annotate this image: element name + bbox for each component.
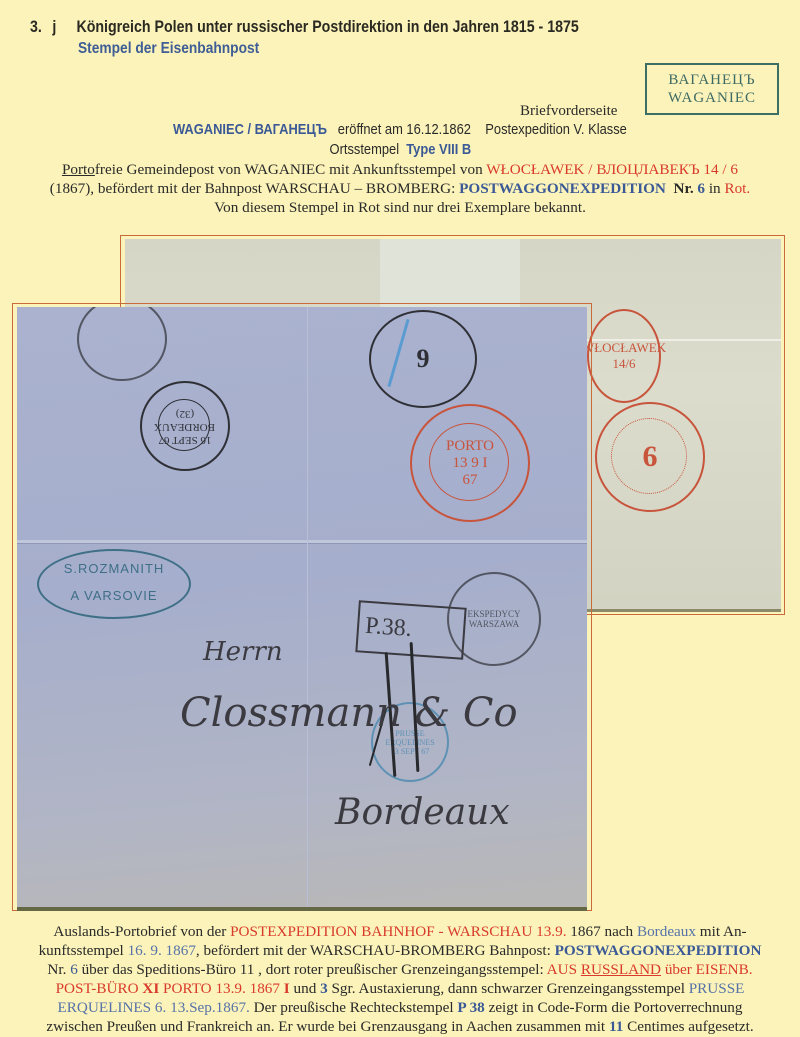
stamp-line-cyrillic: ВАГАНЕЦЪ (647, 71, 777, 89)
desc-text: Auslands-Portobrief von der (53, 923, 230, 940)
post-class: Postexpedition V. Klasse (485, 121, 627, 138)
desc-text: mit An- (696, 923, 747, 940)
sender-oval-stamp: S.ROZMANITH A VARSOVIE (37, 549, 191, 619)
desc-text: Nr. (47, 961, 70, 978)
desc-blue: Bordeaux (637, 923, 696, 940)
desc-blue-bold: 11 (609, 1018, 623, 1035)
blue-crayon-line (387, 319, 409, 387)
rot-word: Rot. (724, 180, 750, 197)
desc-text: über das Speditions-Büro 11 , dort roter… (78, 961, 547, 978)
nr-label: Nr. (674, 180, 694, 197)
desc-red: PORTO 13.9. 1867 (159, 980, 284, 997)
postmark-inner-ring (611, 418, 687, 494)
desc-blue: 6 (70, 961, 78, 978)
intro-line-2: Ortsstempel Type VIII B (0, 141, 800, 159)
intro-text: in (705, 180, 724, 197)
slash: / (244, 121, 255, 138)
waganiec-frame-stamp: ВАГАНЕЦЪ WAGANIEC (645, 63, 779, 115)
description-line-5: ERQUELINES 6. 13.Sep.1867. Der preußisch… (0, 998, 800, 1017)
address-recipient: Clossmann & Co (180, 690, 518, 736)
section-letter: j (52, 18, 76, 37)
place-cyrillic: ВАГАНЕЦЪ (255, 121, 327, 138)
oval-line-2: A VARSOVIE (39, 588, 189, 603)
address-salutation: Herrn (203, 637, 283, 667)
desc-red-underlined: RUSSLAND (581, 961, 661, 978)
bordeaux-arrival-postmark: 16 SEPT 67 BORDEAUX (32) (140, 381, 230, 471)
postmark-text: WŁOCŁAWEK 14/6 (582, 340, 666, 372)
cover-flap (380, 239, 520, 311)
page-subtitle: Stempel der Eisenbahnpost (78, 40, 259, 58)
desc-red: über EISENB. (661, 961, 753, 978)
opened-date: eröffnet am 16.12.1862 (338, 121, 471, 138)
title-text: Königreich Polen unter russischer Postdi… (76, 18, 578, 36)
desc-red-bold: XI (142, 980, 159, 997)
intro-text: freie Gemeindepost von WAGANIEC mit Anku… (95, 161, 486, 178)
cover-fold-vertical (307, 307, 308, 907)
aus-russland-porto-postmark: PORTO 13 9 I 67 (410, 404, 530, 522)
description-line-1: Auslands-Portobrief von der POSTEXPEDITI… (0, 922, 800, 941)
section-number: 3. (30, 18, 52, 37)
desc-blue: ERQUELINES 6. 13.Sep.1867. (57, 999, 249, 1016)
stamp-type: Type VIII B (406, 141, 471, 158)
wloclawek-red: WŁOCŁAWEK / ВЛОЦЛАВЕКЪ 14 / 6 (486, 161, 738, 178)
desc-text: , befördert mit der WARSCHAU-BROMBERG Ba… (196, 942, 555, 959)
partial-black-postmark (77, 307, 167, 381)
oval-line-1: S.ROZMANITH (39, 561, 189, 576)
postmark-inner-ring (429, 423, 509, 501)
description-line-2: kunftsstempel 16. 9. 1867, befördert mit… (0, 941, 800, 960)
intro-text: (1867), befördert mit der Bahnpost WARSC… (50, 180, 459, 197)
desc-blue: PRUSSE (689, 980, 745, 997)
intro-line-1: WAGANIEC / ВАГАНЕЦЪ eröffnet am 16.12.18… (0, 121, 800, 139)
intro-line-3: Portofreie Gemeindepost von WAGANIEC mit… (0, 160, 800, 179)
page-title: 3.jKönigreich Polen unter russischer Pos… (30, 18, 579, 37)
nr-value: 6 (697, 180, 705, 197)
postmark-text: EKSPEDYCY WARSZAWA (464, 609, 524, 629)
intro-line-4: (1867), befördert mit der Bahnpost WARSC… (0, 179, 800, 198)
desc-text: und (290, 980, 320, 997)
description-line-3: Nr. 6 über das Speditions-Büro 11 , dort… (0, 960, 800, 979)
desc-blue-bold: P 38 (457, 999, 484, 1016)
porto-underlined: Porto (62, 161, 95, 178)
place-latin: WAGANIEC (173, 121, 244, 138)
address-city: Bordeaux (335, 792, 510, 833)
stamp-line-latin: WAGANIEC (647, 89, 777, 107)
postwaggon-black-postmark: 9 (369, 310, 477, 408)
desc-blue-bold: POSTWAGGONEXPEDITION (555, 942, 762, 959)
włocławek-postmark: WŁOCŁAWEK 14/6 (587, 309, 661, 403)
desc-text: 1867 nach (567, 923, 637, 940)
postwaggon-label: POSTWAGGONEXPEDITION (459, 180, 666, 197)
postwaggon-expedition-6-postmark: 6 (595, 402, 705, 512)
desc-text: Sgr. Austaxierung, dann schwarzer Grenze… (328, 980, 689, 997)
front-cover-image: 16 SEPT 67 BORDEAUX (32) 9 PORTO 13 9 I … (17, 307, 587, 911)
description-line-4: POST-BÜRO XI PORTO 13.9. 1867 I und 3 Sg… (0, 979, 800, 998)
postmark-number: 9 (417, 344, 430, 374)
desc-text: Der preußische Rechteckstempel (250, 999, 457, 1016)
briefvorderseite-label: Briefvorderseite (520, 103, 617, 120)
intro-line-5: Von diesem Stempel in Rot sind nur drei … (0, 198, 800, 217)
description-line-6: zwischen Preußen und Frankreich an. Er w… (0, 1017, 800, 1036)
desc-text: Centimes aufgesetzt. (623, 1018, 753, 1035)
desc-blue-bold: 3 (320, 980, 328, 997)
desc-text: zeigt in Code-Form die Portoverrechnung (485, 999, 743, 1016)
desc-red: AUS (547, 961, 581, 978)
cover-fold-horizontal (17, 540, 587, 543)
desc-blue: 16. 9. 1867 (128, 942, 196, 959)
desc-red: POSTEXPEDITION BAHNHOF - WARSCHAU 13.9. (230, 923, 566, 940)
desc-red: POST-BÜRO (56, 980, 143, 997)
ortsstempel-label: Ortsstempel (329, 141, 399, 158)
desc-text: kunftsstempel (39, 942, 128, 959)
desc-text: zwischen Preußen und Frankreich an. Er w… (46, 1018, 609, 1035)
postmark-text: 16 SEPT 67 BORDEAUX (32) (155, 407, 215, 446)
